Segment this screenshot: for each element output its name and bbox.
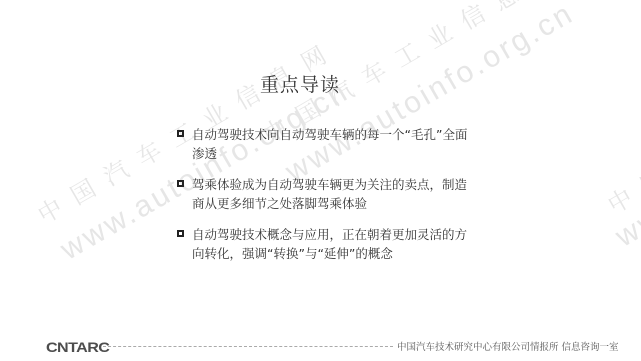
cntarc-logo: CNTARC <box>46 339 109 355</box>
bullet-item: 驾乘体验成为自动驾驶车辆更为关注的卖点，制造商从更多细节之处落脚驾乘体验 <box>176 175 476 213</box>
square-bullet-icon <box>177 230 184 237</box>
square-bullet-icon <box>177 180 184 187</box>
square-bullet-icon <box>177 130 184 137</box>
watermark-url-right: www.autoinfo.org.cn <box>610 61 641 254</box>
bullet-item: 自动驾驶技术向自动驾驶车辆的每一个“毛孔”全面渗透 <box>176 125 476 163</box>
bullet-text: 驾乘体验成为自动驾驶车辆更为关注的卖点，制造商从更多细节之处落脚驾乘体验 <box>192 177 467 211</box>
bullet-item: 自动驾驶技术概念与应用，正在朝着更加灵活的方向转化，强调“转换”与“延伸”的概念 <box>176 225 476 263</box>
bullet-text: 自动驾驶技术向自动驾驶车辆的每一个“毛孔”全面渗透 <box>192 127 467 161</box>
watermark-cn-right: 中国汽车工业信息网 <box>600 19 641 220</box>
bullet-text: 自动驾驶技术概念与应用，正在朝着更加灵活的方向转化，强调“转换”与“延伸”的概念 <box>192 227 467 261</box>
slide-title: 重点导读 <box>260 70 340 97</box>
bullet-list: 自动驾驶技术向自动驾驶车辆的每一个“毛孔”全面渗透 驾乘体验成为自动驾驶车辆更为… <box>176 125 476 275</box>
footer-organization: 中国汽车技术研究中心有限公司情报所 信息咨询一室 <box>397 339 619 353</box>
footer-divider <box>103 346 393 347</box>
